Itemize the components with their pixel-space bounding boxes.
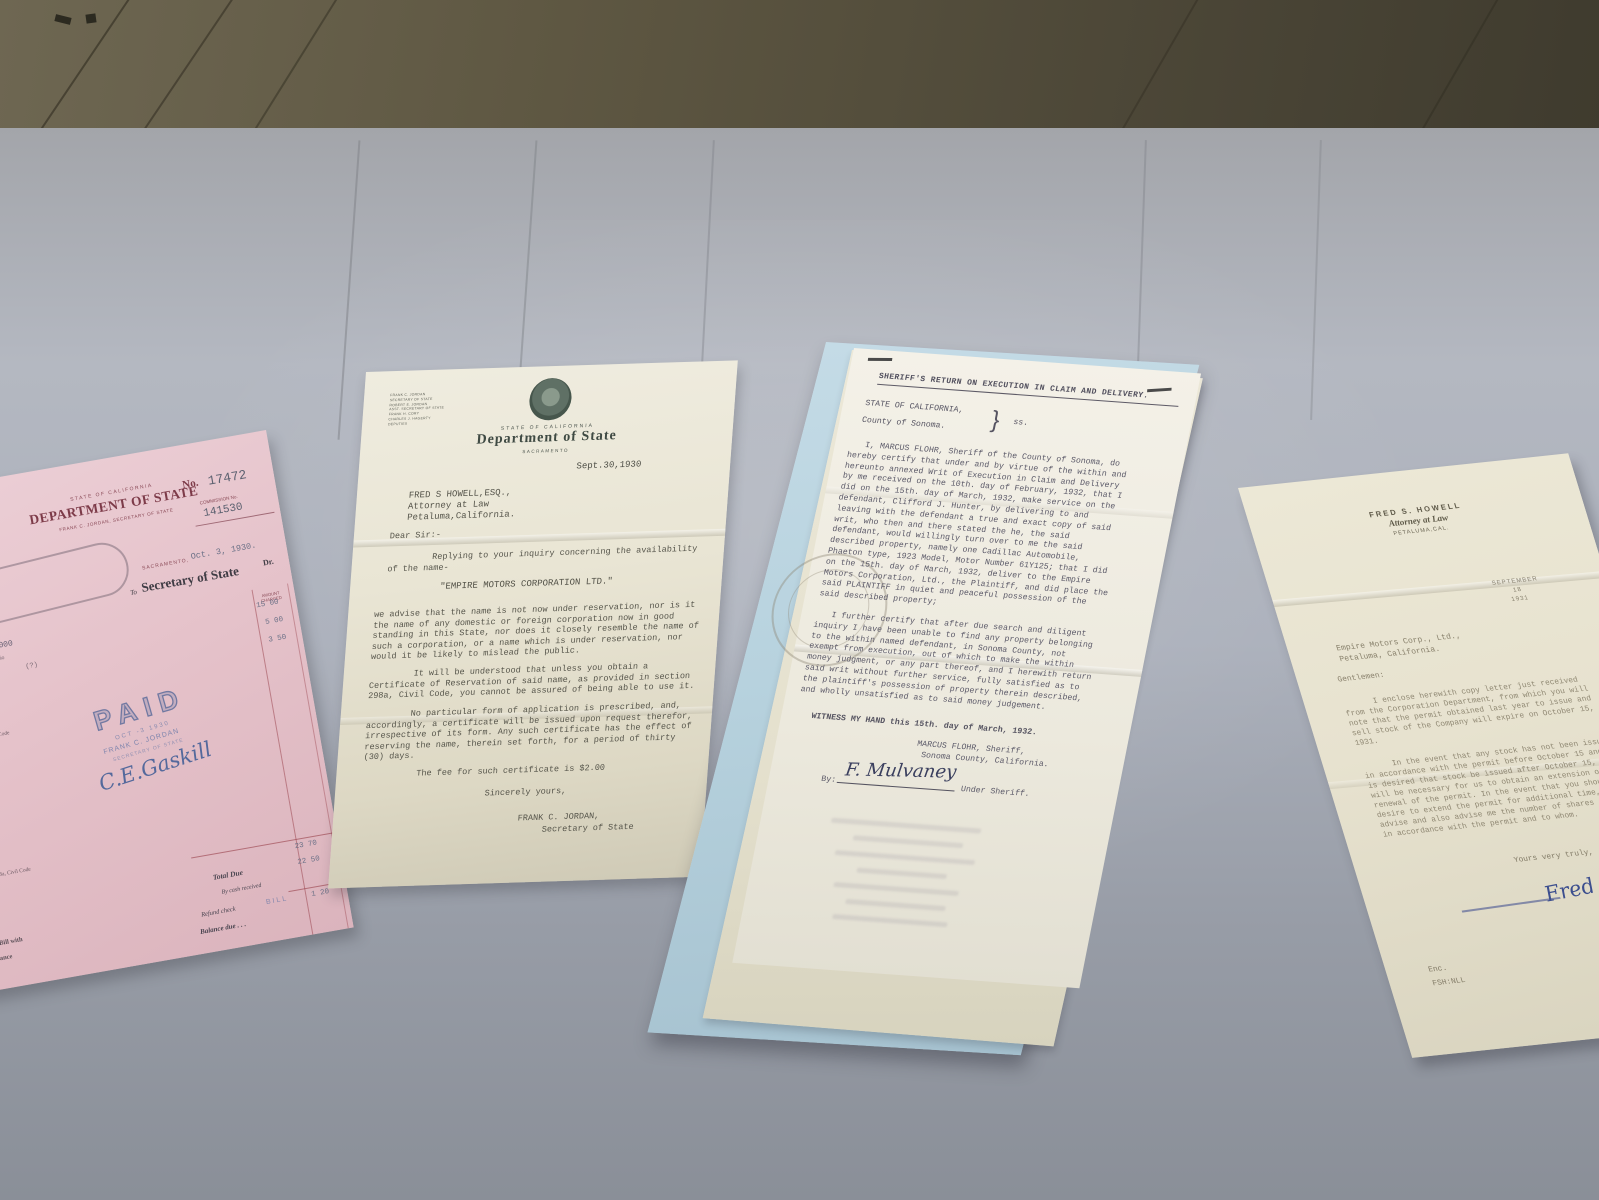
amount-entry: 5 00 (265, 616, 284, 627)
wall-mark (85, 13, 96, 23)
bleed-through-mark (856, 868, 947, 880)
receipt-to-label: To (130, 588, 138, 597)
bill-stamp: BILL (265, 895, 288, 906)
return-bill-note: rn Bill with ittance (0, 932, 26, 967)
typed-capital-amount: $25,000 (0, 639, 14, 654)
typist-initials: FSH:NLL (1432, 977, 1467, 988)
letter-paragraph-2: we advise that the name is not now under… (371, 599, 711, 662)
signature-line (837, 782, 955, 792)
bleed-through-mark (845, 899, 946, 911)
signature-typed-title: Secretary of State (541, 822, 634, 835)
howell-signature: Fred S Howell (1541, 854, 1599, 906)
receipt-number-value: 17472 (207, 467, 248, 489)
state-seal (528, 378, 573, 421)
bleed-through-mark (832, 914, 948, 927)
staple (868, 358, 893, 361)
howell-closing: Yours very truly, (1513, 849, 1594, 865)
ss-label: ss. (1012, 418, 1028, 428)
enclosure-note: Enc. (1428, 965, 1449, 975)
signature-typed-name: FRANK C. JORDAN, (517, 811, 599, 824)
fee-sentence: The fee for such certificate is $2.00 (416, 763, 605, 779)
howell-letter-date: SEPTEMBER 18 1931 (1472, 573, 1564, 608)
state-of-california-line: STATE OF CALIFORNIA, (864, 399, 964, 415)
letter-date: Sept.30,1930 (576, 459, 642, 471)
letter-paragraph-3: It will be understood that unless you ob… (368, 659, 706, 701)
howell-salutation: Gentlemen: (1337, 672, 1386, 685)
howell-paragraph-1: I enclose herewith copy letter just rece… (1342, 673, 1599, 749)
amount-entry: 3 50 (268, 634, 287, 645)
sheriff-body-paragraph-2: I further certify that after due search … (799, 610, 1103, 716)
state-letter-document: FRANK C. JORDAN SECRETARY OF STATE ROBER… (328, 360, 738, 888)
total-due-label: Total Due (212, 868, 243, 882)
bleed-through-mark (831, 818, 982, 834)
receipt-dr-label: Dr. (262, 557, 274, 568)
letter-paragraph-1: Replying to your inquiry concerning the … (387, 544, 698, 575)
receipt-date-value: Oct. 3, 1930. (190, 541, 257, 562)
bleed-through-mark (833, 882, 959, 896)
fee-item: under Sec. 298a, Civil Code (0, 867, 31, 884)
under-sheriff-title: Under Sheriff. (960, 785, 1030, 799)
typed-query-mark: (?) (25, 661, 39, 671)
bleed-through-mark (853, 835, 964, 848)
refund-check-label: Refund check (201, 906, 237, 919)
fee-item: ence existence under Code (0, 730, 10, 746)
subtotal-value: 23 70 (294, 839, 318, 851)
balance-due-label: Balance due . . . (199, 920, 246, 936)
cash-received-label: By cash received (221, 883, 262, 896)
sheriff-body-paragraph-1: I, MARCUS FLOHR, Sheriff of the County o… (818, 440, 1137, 621)
under-sheriff-signature: F. Mulvaney (844, 759, 958, 782)
total-due-value: 22 50 (297, 855, 321, 867)
county-line: County of Sonoma. (861, 416, 946, 431)
photo-of-documents-on-desk: STATE OF CALIFORNIA DEPARTMENT OF STATE … (0, 0, 1599, 1200)
salutation: Dear Sir:- (389, 530, 441, 542)
howell-paragraph-2: In the event that any stock has not been… (1361, 735, 1599, 840)
letter-closing: Sincerely yours, (484, 786, 566, 799)
howell-recipient-address: Empire Motors Corp., Ltd., Petaluma, Cal… (1335, 632, 1465, 666)
typed-folio-note: at 2 cents per folio (0, 655, 5, 668)
by-label: By: (820, 775, 836, 785)
witness-line: WITNESS MY HAND this 15th. day of March,… (811, 712, 1038, 737)
paperclip-imprint (0, 537, 134, 629)
letter-paragraph-4: No particular form of application is pre… (363, 700, 703, 763)
recipient-address: FRED S HOWELL,ESQ., Attorney at Law Peta… (407, 487, 517, 523)
refund-value: 1 20 (311, 888, 330, 899)
ss-brace: } (989, 406, 1002, 434)
signature-stroke (1462, 897, 1561, 913)
bleed-through-mark (835, 850, 976, 865)
sheriff-return-title: SHERIFF'S RETURN ON EXECUTION IN CLAIM A… (877, 372, 1181, 407)
corporation-name-quote: "EMPIRE MOTORS CORPORATION LTD." (440, 576, 613, 591)
letterhead-staff-names: FRANK C. JORDAN SECRETARY OF STATE ROBER… (388, 392, 445, 427)
receipt-place-label: SACRAMENTO, (142, 557, 190, 571)
